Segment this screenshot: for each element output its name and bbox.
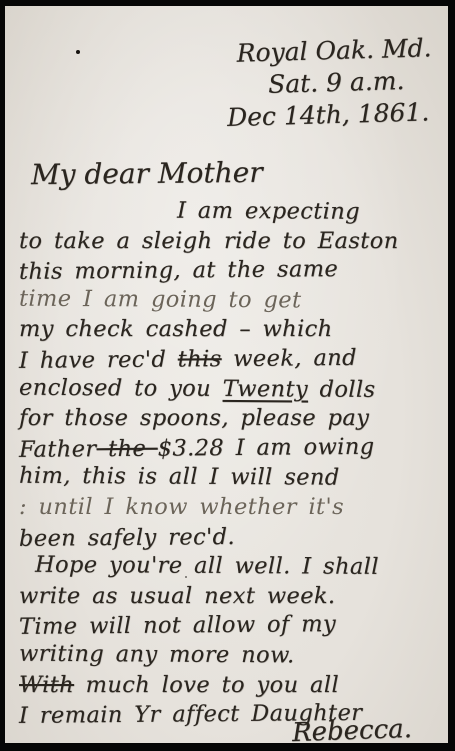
emphasized-word: Twenty [223, 375, 309, 402]
photo-frame: Royal Oak. Md. Sat. 9 a.m. Dec 14th, 186… [0, 0, 455, 751]
letter-line: With much love to you all [19, 671, 448, 701]
letter-line: for those spoons, please pay [19, 404, 448, 434]
letter-line: him, this is all I will send [19, 462, 448, 494]
letter-line: Father the $3.28 I am owing [19, 432, 448, 465]
emphasized-word: With [19, 672, 74, 698]
letter-line: : until I know whether it's [19, 493, 448, 523]
letter-line: to take a sleigh ride to Easton [19, 227, 448, 257]
letter-heading: Royal Oak. Md. Sat. 9 a.m. Dec 14th, 186… [5, 6, 448, 140]
letter-line: write as usual next week. [19, 582, 448, 612]
letter-body: I am expecting to take a sleigh ride to … [19, 197, 448, 730]
letter-line: been safely rec'd. [19, 521, 448, 554]
letter-line: time I am going to get [19, 284, 448, 316]
letter-line: I am expecting [19, 196, 448, 228]
letter-line: enclosed to you Twenty dolls [19, 373, 448, 405]
emphasized-word: this [178, 346, 222, 372]
emphasized-word: the [96, 435, 157, 462]
letter-line: Hope you're all well. I shall [19, 551, 448, 583]
letter-line: this morning, at the same [19, 254, 448, 287]
letter-line: Time will not allow of my [19, 609, 448, 642]
letter-line: I have rec'd this week, and [19, 343, 448, 376]
letter-line: my check cashed – which [19, 315, 448, 345]
letter-line: writing any more now. [19, 640, 448, 672]
salutation: My dear Mother [31, 154, 448, 191]
letter-paper: Royal Oak. Md. Sat. 9 a.m. Dec 14th, 186… [5, 6, 448, 743]
signature: Rebecca. [292, 714, 413, 743]
